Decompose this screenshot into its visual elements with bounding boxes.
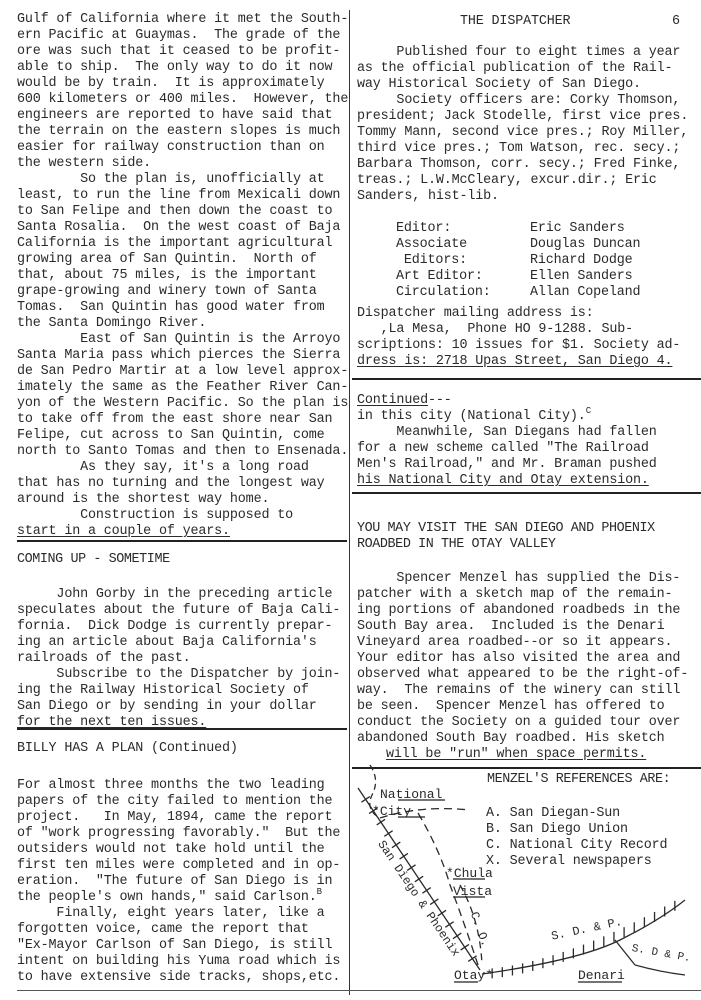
text-line: ing an article about Baja California's xyxy=(17,635,317,651)
staff-name: Richard Dodge xyxy=(530,253,633,269)
text-line: around is the shortest way home. xyxy=(17,492,269,508)
footnote-marker: B xyxy=(317,887,322,897)
continued-label: Continued--- xyxy=(357,393,452,409)
text-line: Subscribe to the Dispatcher by join- xyxy=(17,667,340,683)
text-line: the Santa Domingo River. xyxy=(17,316,206,332)
section-heading: BILLY HAS A PLAN (Continued) xyxy=(17,741,238,757)
map-label-otay-text: Otay xyxy=(454,968,485,983)
text-line: outsiders would not take hold until the xyxy=(17,842,325,858)
text-line: easier for railway construction than on xyxy=(17,140,325,156)
text-line: ,La Mesa, Phone HO 9-1288. Sub- xyxy=(357,322,633,338)
text-line: the people's own hands," said Carlson.B xyxy=(17,890,322,906)
text-line: engineers are reported to have said that xyxy=(17,108,332,124)
text-line: way Historical Society of San Diego. xyxy=(357,77,641,93)
text-line: Gulf of California where it met the Sout… xyxy=(17,12,348,28)
text-line: project. In May, 1894, came the report xyxy=(17,810,332,826)
map-label-chula-text: Chula xyxy=(454,866,493,881)
map-label-city: *City xyxy=(372,804,411,819)
text-line: eration. "The future of San Diego is in xyxy=(17,874,332,890)
text-line: papers of the city failed to mention the xyxy=(17,794,332,810)
text-line: Meanwhile, San Diegans had fallen xyxy=(357,425,657,441)
text-line: Tommy Mann, second vice pres.; Roy Mille… xyxy=(357,125,688,141)
map-label-otay: Otay* xyxy=(454,968,493,983)
map-label-denari: Denari xyxy=(578,968,625,983)
staff-role: Associate xyxy=(396,237,467,253)
section-divider xyxy=(352,378,701,380)
text-line: Men's Railroad," and Mr. Braman pushed xyxy=(357,457,657,473)
section-heading: YOU MAY VISIT THE SAN DIEGO AND PHOENIX xyxy=(357,521,655,537)
text-line: grape-growing and winery town of Santa xyxy=(17,284,317,300)
text-line: Tomas. San Quintin has good water from xyxy=(17,300,325,316)
text-line: Felipe, cut across to San Quintin, come xyxy=(17,428,325,444)
text-line: Society officers are: Corky Thomson, xyxy=(357,93,680,109)
text-line: scriptions: 10 issues for $1. Society ad… xyxy=(357,338,680,354)
staff-name: Eric Sanders xyxy=(530,221,625,237)
underlined-line: start in a couple of years. xyxy=(17,524,230,540)
text-line: conduct the Society on a guided tour ove… xyxy=(357,715,680,731)
continued-underlined: Continued xyxy=(357,393,428,408)
text-line: Barbara Thomson, corr. secy.; Fred Finke… xyxy=(357,157,680,173)
south-bay-sketch-map: National *City *Chula Vista Otay* Denari… xyxy=(350,760,701,1000)
text-line: ore was such that it ceased to be profit… xyxy=(17,44,340,60)
page-number: 6 xyxy=(672,14,680,30)
section-heading: COMING UP - SOMETIME xyxy=(17,552,170,568)
text-line: to San Felipe and then down the coast to xyxy=(17,204,332,220)
text-line: yon of the Western Pacific. So the plan … xyxy=(17,396,348,412)
text-line: in this city (National City).C xyxy=(357,409,591,425)
text-line: de San Pedro Martir at a low level appro… xyxy=(17,364,348,380)
text-line: As they say, it's a long road xyxy=(17,460,309,476)
text-line: "Ex-Mayor Carlson of San Diego, is still xyxy=(17,938,332,954)
underlined-line: his National City and Otay extension. xyxy=(357,473,649,489)
text-line: San Diego or by sending in your dollar xyxy=(17,699,317,715)
text-line: that has no turning and the longest way xyxy=(17,476,325,492)
text-line: treas.; L.W.McCleary, excur.dir.; Eric xyxy=(357,173,657,189)
section-divider xyxy=(17,728,347,730)
text-line: Santa Rosalia. On the west coast of Baja xyxy=(17,220,340,236)
text-line: to take off from the east shore near San xyxy=(17,412,332,428)
text-line: forgotten voice, came the report that xyxy=(17,922,309,938)
text-line: Dispatcher mailing address is: xyxy=(357,306,594,322)
text-line: ern Pacific at Guaymas. The grade of the xyxy=(17,28,340,44)
map-label-vista: Vista xyxy=(453,884,492,899)
staff-name: Ellen Sanders xyxy=(530,269,633,285)
text-line: would be by train. It is approximately xyxy=(17,76,325,92)
text-line: third vice pres.; Tom Watson, rec. secy.… xyxy=(357,141,680,157)
staff-role: Circulation: xyxy=(396,285,491,301)
text-line: For almost three months the two leading xyxy=(17,778,325,794)
staff-role: Art Editor: xyxy=(396,269,483,285)
text-line: growing area of San Quintin. North of xyxy=(17,252,317,268)
text-line: Your editor has also visited the area an… xyxy=(357,651,680,667)
text-line: abandoned South Bay roadbed. His sketch xyxy=(357,731,665,747)
staff-name: Allan Copeland xyxy=(530,285,640,301)
text-line: railroads of the past. xyxy=(17,651,191,667)
text-line: fornia. Dick Dodge is currently prepar- xyxy=(17,619,332,635)
text-line: ing the Railway Historical Society of xyxy=(17,683,309,699)
text-line: Finally, eight years later, like a xyxy=(17,906,325,922)
underlined-line: dress is: 2718 Upas Street, San Diego 4. xyxy=(357,354,672,370)
text-line: speculates about the future of Baja Cali… xyxy=(17,603,340,619)
text-line: president; Jack Stodelle, first vice pre… xyxy=(357,109,688,125)
text-line: first ten miles were completed and in op… xyxy=(17,858,340,874)
text-line: 600 kilometers or 400 miles. However, th… xyxy=(17,92,348,108)
text-line: to have extensive side tracks, shops,etc… xyxy=(17,970,340,986)
text-line: observed what appeared to be the right-o… xyxy=(357,667,688,683)
staff-role: Editor: xyxy=(396,221,451,237)
text-line: as the official publication of the Rail- xyxy=(357,61,672,77)
text-line: for a new scheme called "The Railroad xyxy=(357,441,649,457)
map-label-city-text: City xyxy=(380,804,411,819)
text-line: of "work progressing favorably." But the xyxy=(17,826,340,842)
text-line: the terrain on the eastern slopes is muc… xyxy=(17,124,340,140)
section-divider xyxy=(352,492,701,494)
text-line: John Gorby in the preceding article xyxy=(17,587,332,603)
text-line: Santa Maria pass which pierces the Sierr… xyxy=(17,348,340,364)
text-line: California is the important agricultural xyxy=(17,236,332,252)
text-line: able to ship. The only way to do it now xyxy=(17,60,332,76)
staff-name: Douglas Duncan xyxy=(530,237,640,253)
newsletter-title: THE DISPATCHER xyxy=(460,14,570,30)
text-line: be seen. Spencer Menzel has offered to xyxy=(357,699,665,715)
text-line: the western side. xyxy=(17,156,151,172)
text-line: ing portions of abandoned roadbeds in th… xyxy=(357,603,680,619)
text-line: least, to run the line from Mexicali dow… xyxy=(17,188,340,204)
section-heading: ROADBED IN THE OTAY VALLEY xyxy=(357,537,556,553)
text-line: way. The remains of the winery can still xyxy=(357,683,680,699)
text-line: So the plan is, unofficially at xyxy=(17,172,325,188)
text-line: that, about 75 miles, is the important xyxy=(17,268,317,284)
section-divider xyxy=(17,540,347,542)
text-line: Published four to eight times a year xyxy=(357,45,680,61)
map-label-chula: *Chula xyxy=(446,866,493,881)
footnote-marker: C xyxy=(586,406,591,416)
text-line: Sanders, hist-lib. xyxy=(357,189,499,205)
text-line: intent on building his Yuma road which i… xyxy=(17,954,340,970)
text-line: imately the same as the Feather River Ca… xyxy=(17,380,348,396)
staff-role: Editors: xyxy=(396,253,467,269)
text-line: Construction is supposed to xyxy=(17,508,293,524)
text-line: East of San Quintin is the Arroyo xyxy=(17,332,340,348)
text-line: patcher with a sketch map of the remain- xyxy=(357,587,672,603)
text-line: South Bay area. Included is the Denari xyxy=(357,619,665,635)
newsletter-page: Gulf of California where it met the Sout… xyxy=(0,0,701,1000)
text-line: Vineyard area roadbed--or so it appears. xyxy=(357,635,672,651)
text-line: north to Santo Tomas and then to Ensenad… xyxy=(17,444,348,460)
text-line: Spencer Menzel has supplied the Dis- xyxy=(357,571,680,587)
map-label-national: National xyxy=(380,787,442,802)
